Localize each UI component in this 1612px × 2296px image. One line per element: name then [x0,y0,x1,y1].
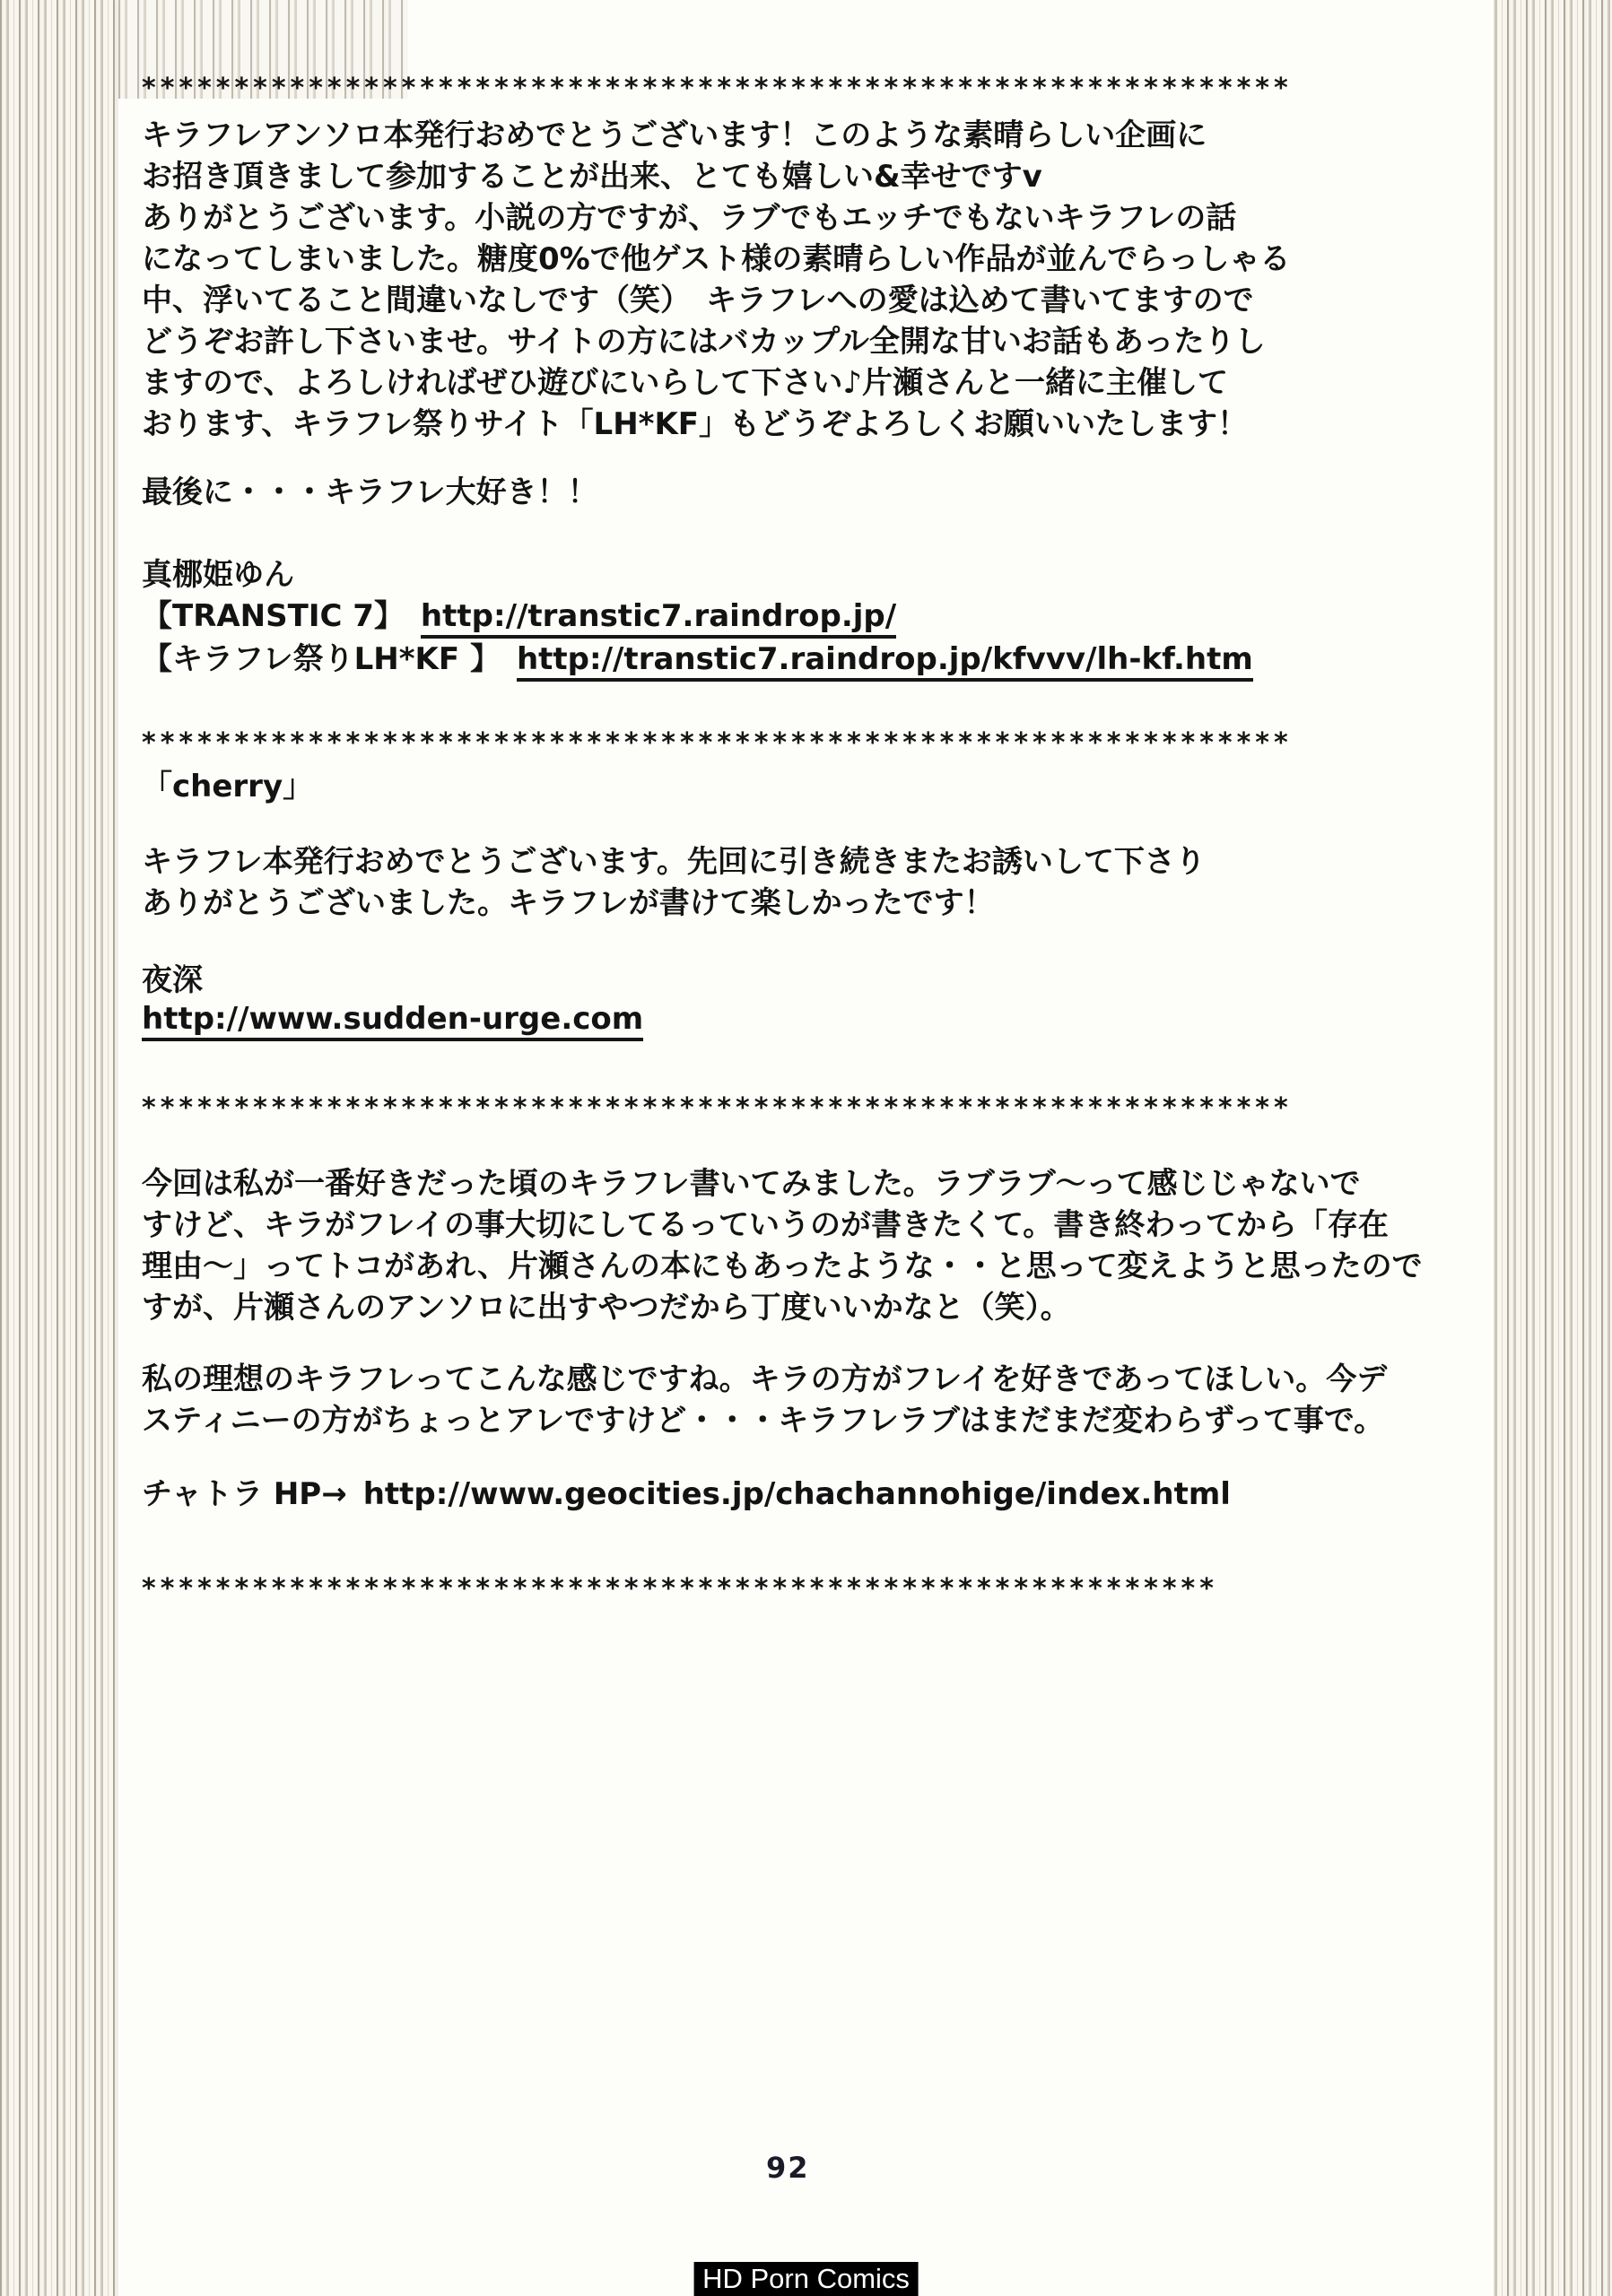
site-line: 【TRANSTIC 7】 http://transtic7.raindrop.j… [142,596,1416,639]
watermark-badge: HD Porn Comics [693,2262,919,2296]
author-name: 夜深 [142,960,1416,1001]
guest1-closing-line: 最後に・・・キラフレ大好き！！ [142,472,1416,513]
guest1-comment: キラフレアンソロ本発行おめでとうございます！このような素晴らしい企画に お招き頂… [142,115,1416,445]
asterisk-divider: ****************************************… [142,726,1416,761]
text-line: ありがとうございました。キラフレが書けて楽しかったです！ [142,883,1416,924]
site-line: チャトラ HP→ http://www.geocities.jp/chachan… [142,1474,1416,1515]
site-line: http://www.sudden-urge.com [142,1001,1416,1041]
scan-background: { "page": { "number": "92", "watermark":… [0,0,1612,2296]
page-content: ****************************************… [142,72,1416,1606]
website-url: http://transtic7.raindrop.jp/kfvvv/lh-kf… [517,641,1253,682]
site-label: 【キラフレ祭りLH*KF 】 [142,639,501,680]
text-line: おります、キラフレ祭りサイト「LH*KF」もどうぞよろしくお願いいたします！ [142,404,1416,445]
text-line: どうぞお許し下さいませ。サイトの方にはバカップル全開な甘いお話もあったりし [142,321,1416,362]
text-line: になってしまいました。糖度0%で他ゲスト様の素晴らしい作品が並んでらっしゃる [142,239,1416,280]
text-line: スティニーの方がちょっとアレですけど・・・キラフレラブはまだまだ変わらずって事で… [142,1400,1416,1441]
page-number: 92 [766,2151,810,2185]
guest3-comment-2: 私の理想のキラフレってこんな感じですね。キラの方がフレイを好きであってほしい。今… [142,1359,1416,1441]
site-line: 【キラフレ祭りLH*KF 】 http://transtic7.raindrop… [142,639,1416,682]
site-label: チャトラ HP→ [142,1474,347,1515]
asterisk-divider: ****************************************… [142,72,1416,106]
text-line: すが、片瀬さんのアンソロに出すやつだから丁度いいかなと（笑）。 [142,1287,1416,1328]
website-url: http://www.sudden-urge.com [142,1001,643,1041]
guest2-comment: キラフレ本発行おめでとうございます。先回に引き続きまたお誘いして下さり ありがと… [142,841,1416,924]
text-line: 今回は私が一番好きだった頃のキラフレ書いてみました。ラブラブ～って感じじゃないで [142,1163,1416,1205]
website-url: http://www.geocities.jp/chachannohige/in… [363,1474,1231,1515]
guest3-comment: 今回は私が一番好きだった頃のキラフレ書いてみました。ラブラブ～って感じじゃないで… [142,1163,1416,1328]
text-line: キラフレアンソロ本発行おめでとうございます！このような素晴らしい企画に [142,115,1416,156]
website-url: http://transtic7.raindrop.jp/ [421,598,896,639]
text-line: ますので、よろしければぜひ遊びにいらして下さい♪片瀬さんと一緒に主催して [142,362,1416,404]
text-line: ありがとうございます。小説の方ですが、ラブでもエッチでもないキラフレの話 [142,197,1416,239]
text-line: キラフレ本発行おめでとうございます。先回に引き続きまたお誘いして下さり [142,841,1416,883]
author-name: 真梛姫ゆん [142,554,1416,596]
text-line: すけど、キラがフレイの事大切にしてるっていうのが書きたくて。書き終わってから「存… [142,1205,1416,1246]
author-name: 「cherry」 [142,766,1416,807]
asterisk-divider: ****************************************… [142,1572,1416,1606]
scanned-page: ****************************************… [118,0,1494,2296]
text-line: 理由～」ってトコがあれ、片瀬さんの本にもあったような・・と思って変えようと思った… [142,1246,1416,1287]
text-line: お招き頂きまして参加することが出来、とても嬉しい&幸せですv [142,156,1416,197]
asterisk-divider: ****************************************… [142,1091,1416,1126]
site-label: 【TRANSTIC 7】 [142,596,405,637]
text-line: 私の理想のキラフレってこんな感じですね。キラの方がフレイを好きであってほしい。今… [142,1359,1416,1400]
text-line: 中、浮いてること間違いなしです（笑） キラフレへの愛は込めて書いてますので [142,280,1416,321]
